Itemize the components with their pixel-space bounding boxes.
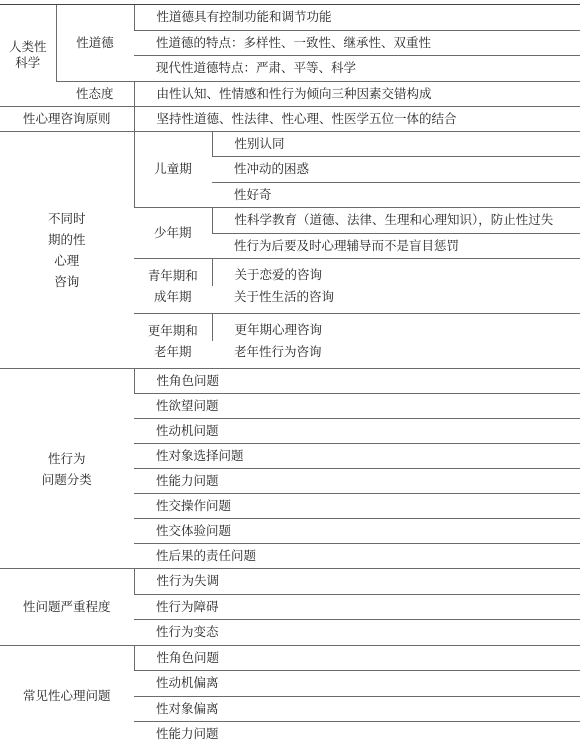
table-cell: 关于性生活的咨询 [212,286,580,314]
table-cell: 性科学教育（道德、法律、生理和心理知识），防止性过失 [212,208,580,234]
table-cell: 性道德具有控制功能和调节功能 [134,5,580,31]
table-cell: 性行为障碍 [134,594,580,620]
period-label-youth-adult: 青年期和 成年期 [134,259,212,314]
summary-table: 人类性 科学 性道德 性道德具有控制功能和调节功能 性道德的特点：多样性、一致性… [0,4,580,747]
table-cell: 现代性道德特点：严肃、平等、科学 [134,56,580,82]
label-line: 咨询 [0,271,134,292]
sub-label-sexual-attitude: 性态度 [56,81,134,106]
table-cell: 性能力问题 [134,722,580,747]
period-label-childhood: 儿童期 [134,131,212,208]
section-label-periods-counseling: 不同时 期的性 心理 咨询 [0,131,134,369]
table-cell: 性冲动的困惑 [212,157,580,183]
table-cell: 性角色问题 [134,645,580,671]
sub-label-sexual-morality: 性道德 [56,5,134,82]
label-line: 期的性 [0,229,134,250]
label-line: 问题分类 [0,469,134,490]
table-cell: 性角色问题 [134,369,580,394]
table-cell: 性欲望问题 [134,394,580,419]
label-line: 更年期和 [134,320,212,341]
label-line: 成年期 [134,286,212,307]
section-label-behavior-classification: 性行为 问题分类 [0,369,134,569]
table-cell: 性后果的责任问题 [134,544,580,569]
table-cell: 性对象选择问题 [134,444,580,469]
table-cell: 关于恋爱的咨询 [212,259,580,287]
label-line: 人类性 [0,39,56,55]
table-cell: 坚持性道德、性法律、性心理、性医学五位一体的结合 [134,106,580,131]
table-cell: 性道德的特点：多样性、一致性、继承性、双重性 [134,30,580,56]
period-label-juvenile: 少年期 [134,208,212,259]
table-cell: 性行为失调 [134,569,580,595]
table-cell: 性交体验问题 [134,519,580,544]
table-cell: 性能力问题 [134,469,580,494]
table-cell: 性对象偏离 [134,696,580,722]
table-cell: 性动机偏离 [134,671,580,697]
label-line: 青年期和 [134,265,212,286]
section-label-human-sexual-science: 人类性 科学 [0,5,56,107]
section-label-common-problems: 常见性心理问题 [0,645,134,747]
table-cell: 更年期心理咨询 [212,314,580,342]
section-label-counseling-principle: 性心理咨询原则 [0,106,134,131]
label-line: 性行为 [0,448,134,469]
table-cell: 性好奇 [212,182,580,208]
label-line: 科学 [0,55,56,71]
label-line: 心理 [0,250,134,271]
period-label-menopause-elderly: 更年期和 老年期 [134,314,212,369]
table-cell: 性行为后要及时心理辅导而不是盲目惩罚 [212,233,580,259]
label-line: 不同时 [0,208,134,229]
table-cell: 性别认同 [212,131,580,157]
table-cell: 性动机问题 [134,419,580,444]
section-label-severity: 性问题严重程度 [0,569,134,646]
table-cell: 老年性行为咨询 [212,341,580,369]
table-cell: 性行为变态 [134,620,580,646]
label-line: 老年期 [134,341,212,362]
table-cell: 性交操作问题 [134,494,580,519]
table-cell: 由性认知、性情感和性行为倾向三种因素交错构成 [134,81,580,106]
